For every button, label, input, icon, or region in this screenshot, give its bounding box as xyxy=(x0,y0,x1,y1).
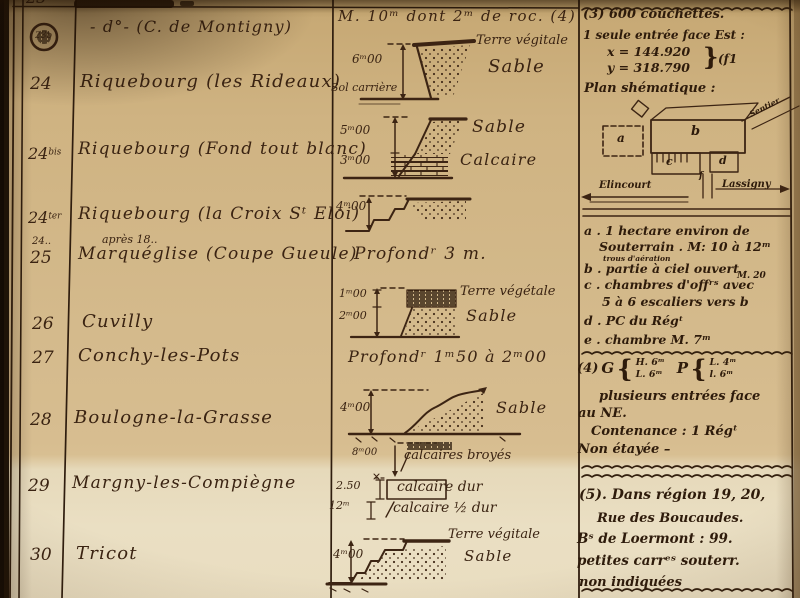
row-30-name: Tricot xyxy=(76,545,138,563)
profile-29-depth-2: 2.50 xyxy=(336,480,361,491)
note-3-entry: 1 seule entrée face Est : xyxy=(583,29,745,41)
row-29-number: 29 xyxy=(28,478,50,495)
plan-schematic xyxy=(581,97,799,216)
profile-29-layer-2: calcaire dur xyxy=(397,480,482,494)
profile-24-floor-label: Sol carrière xyxy=(331,82,397,93)
plan-label-a: a xyxy=(617,132,625,144)
note-5-line-4: petites carrᵉˢ souterr. xyxy=(577,555,740,569)
row-26-name: Cuvilly xyxy=(82,313,153,331)
note-4-brace-g: { xyxy=(617,358,632,380)
profile-24ter-depth: 4ᵐ00 xyxy=(336,200,366,212)
note-5-line-1: (5). Dans région 19, 20, xyxy=(579,488,765,502)
note-4-line-1: plusieurs entrées face xyxy=(599,390,760,403)
profile-24bis-depth-1: 5ᵐ00 xyxy=(340,124,370,136)
row-30-number: 30 xyxy=(30,547,52,564)
note-3-plan-title: Plan shématique : xyxy=(584,82,715,95)
profile-sketch-26 xyxy=(351,288,459,338)
profile-24bis-layer-1: Sable xyxy=(472,119,526,136)
note-3-legend-c: c . chambres d'offʳˢ avec xyxy=(584,279,754,292)
row-28-number: 28 xyxy=(30,412,52,429)
note-4-p: P xyxy=(677,361,688,376)
profile-30-depth: 4ᵐ00 xyxy=(333,548,363,560)
note-5-line-5: non indiquées xyxy=(579,576,682,589)
row-partial-number: 23 xyxy=(26,0,46,6)
row-29-name: Margny-les-Compiègne xyxy=(72,475,296,492)
note-4-g-dims: H. 6ᵐL. 6ᵐ xyxy=(636,358,665,379)
note-5-line-3: Bˢ de Loermont : 99. xyxy=(577,533,733,547)
note-4-label: (4) xyxy=(577,362,598,375)
note-3-legend-d: d . PC du Régᵗ xyxy=(584,315,683,328)
note-4-g: G xyxy=(601,361,614,376)
note-4-line-3: Contenance : 1 Régᵗ xyxy=(591,425,738,438)
profile-29-layer-1: calcaires broyés xyxy=(404,449,511,462)
plan-label-b: b xyxy=(691,125,700,138)
profiles-header: M. 10ᵐ dont 2ᵐ de roc. (4) xyxy=(338,9,576,24)
note-3-title: (3) 600 couchettes. xyxy=(583,8,724,21)
note-3-legend-a1: a . 1 hectare environ de xyxy=(584,225,750,238)
note-3-legend-c2: 5 à 6 escaliers vers b xyxy=(602,296,749,309)
row-28-name: Boulogne-la-Grasse xyxy=(74,409,273,427)
note-3-legend-e: e . chambre M. 7ᵐ xyxy=(584,334,711,347)
note-3-legend-c-sup: M. 20 xyxy=(737,272,766,281)
note-4-line-2: au NE. xyxy=(578,407,627,420)
profile-30-layer: Sable xyxy=(464,549,513,564)
profile-sketch-24 xyxy=(359,41,474,104)
profile-25-depth-note: Profondʳ 3 m. xyxy=(354,246,487,263)
profile-24-depth: 6ᵐ00 xyxy=(352,53,382,65)
profile-28-depth: 4ᵐ00 xyxy=(340,401,370,413)
note-4-dimensions: (4) G { H. 6ᵐL. 6ᵐ P { L. 4ᵐl. 6ᵐ xyxy=(577,358,736,380)
note-3-brace: } xyxy=(703,46,718,68)
profile-26-depth-1: 1ᵐ00 xyxy=(339,288,367,299)
note-4-brace-p: { xyxy=(691,358,706,380)
note-4-p-dims: L. 4ᵐl. 6ᵐ xyxy=(709,358,736,379)
note-5-line-2: Rue des Boucaudes. xyxy=(597,512,743,525)
document-photo: 23 23b - d°- (C. de Montigny) 24 Riquebo… xyxy=(0,0,800,598)
profile-sketch-28 xyxy=(349,387,520,442)
row-25-name: Marquéglise (Coupe Gueule) xyxy=(78,246,358,263)
row-24bis-name: Riquebourg (Fond tout blanc) xyxy=(78,141,367,158)
profile-26-layer-2: Sable xyxy=(466,308,517,324)
profile-24bis-depth-2: 3ᵐ00 xyxy=(340,154,370,166)
profile-26-layer-1: Terre végétale xyxy=(460,285,556,298)
profile-29-depth-1: 8ᵐ00 xyxy=(352,448,377,458)
row-ditto-name: - d°- (C. de Montigny) xyxy=(90,19,292,35)
plan-label-d: d xyxy=(719,155,727,166)
plan-label-elincourt: Elincourt xyxy=(599,181,651,191)
profile-24-layer-label: Sable xyxy=(488,58,545,76)
row-24-name: Riquebourg (les Rideaux) xyxy=(80,73,341,91)
row-24bis-number: 24bis xyxy=(28,146,61,162)
profile-24-topsoil-label: Terre végitale xyxy=(476,34,568,47)
row-27-number: 27 xyxy=(32,350,54,367)
plan-label-f: f xyxy=(699,172,703,181)
row-badge-label: 23b xyxy=(35,32,52,41)
plan-label-c: c xyxy=(666,156,673,167)
profile-30-topsoil-label: Terre végitale xyxy=(448,528,540,541)
profile-27-depth-note: Profondʳ 1ᵐ50 à 2ᵐ00 xyxy=(348,349,547,365)
plan-label-lassigny: Lassigny xyxy=(722,180,771,190)
row-24ter-number: 24ter xyxy=(28,210,61,226)
profile-29-layer-3: calcaire ½ dur xyxy=(393,501,496,515)
note-3-coordinate-x: x = 144.920 xyxy=(607,46,690,59)
row-24ter-name: Riquebourg (la Croix Sᵗ Eloi) xyxy=(78,206,360,223)
profile-29-depth-3: 12ᵐ xyxy=(329,500,350,511)
row-24-number: 24 xyxy=(30,76,52,93)
profile-26-depth-2: 2ᵐ00 xyxy=(339,310,367,321)
row-26-number: 26 xyxy=(32,316,54,333)
profile-24bis-layer-2: Calcaire xyxy=(460,152,537,168)
row-24ter-subnumber: 24.. xyxy=(32,237,51,247)
note-3-legend-b: b . partie à ciel ouvert . xyxy=(584,263,748,276)
note-3-coordinate-y: y = 318.790 xyxy=(607,62,690,75)
note-4-line-4: Non étayée – xyxy=(578,443,670,456)
row-27-name: Conchy-les-Pots xyxy=(78,347,241,365)
profile-28-layer: Sable xyxy=(496,400,547,416)
note-3-ref: (f1 xyxy=(718,53,737,65)
note-3-legend-a2: Souterrain . M: 10 à 12ᵐ xyxy=(599,241,771,254)
row-25-number: 25 xyxy=(30,250,52,267)
